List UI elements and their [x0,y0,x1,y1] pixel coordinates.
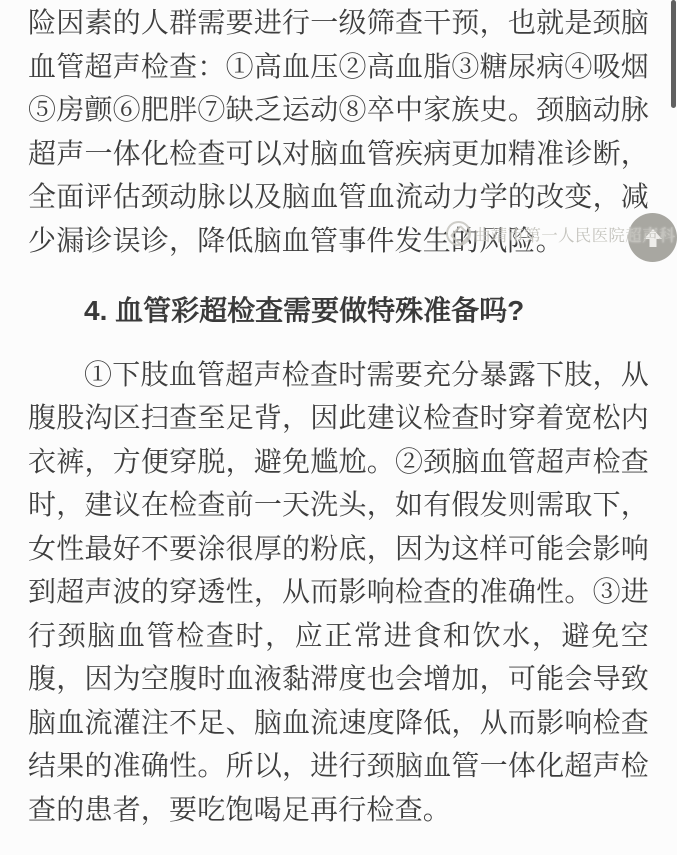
article-page: 险因素的人群需要进行一级筛查干预，也就是颈脑血管超声检查：①高血压②高血脂③糖尿… [0,0,677,855]
back-to-top-button[interactable] [628,213,677,262]
article-content: 险因素的人群需要进行一级筛查干预，也就是颈脑血管超声检查：①高血压②高血脂③糖尿… [0,0,677,831]
paragraph-preparation: ①下肢血管超声检查时需要充分暴露下肢，从腹股沟区扫查至足背，因此建议检查时穿着宽… [28,353,649,832]
paragraph-risk-factors: 险因素的人群需要进行一级筛查干预，也就是颈脑血管超声检查：①高血压②高血脂③糖尿… [28,1,649,262]
arrow-up-icon [640,225,666,251]
section-heading-4: 4. 血管彩超检查需要做特殊准备吗? [28,289,649,333]
scrollbar-thumb[interactable] [671,0,676,108]
